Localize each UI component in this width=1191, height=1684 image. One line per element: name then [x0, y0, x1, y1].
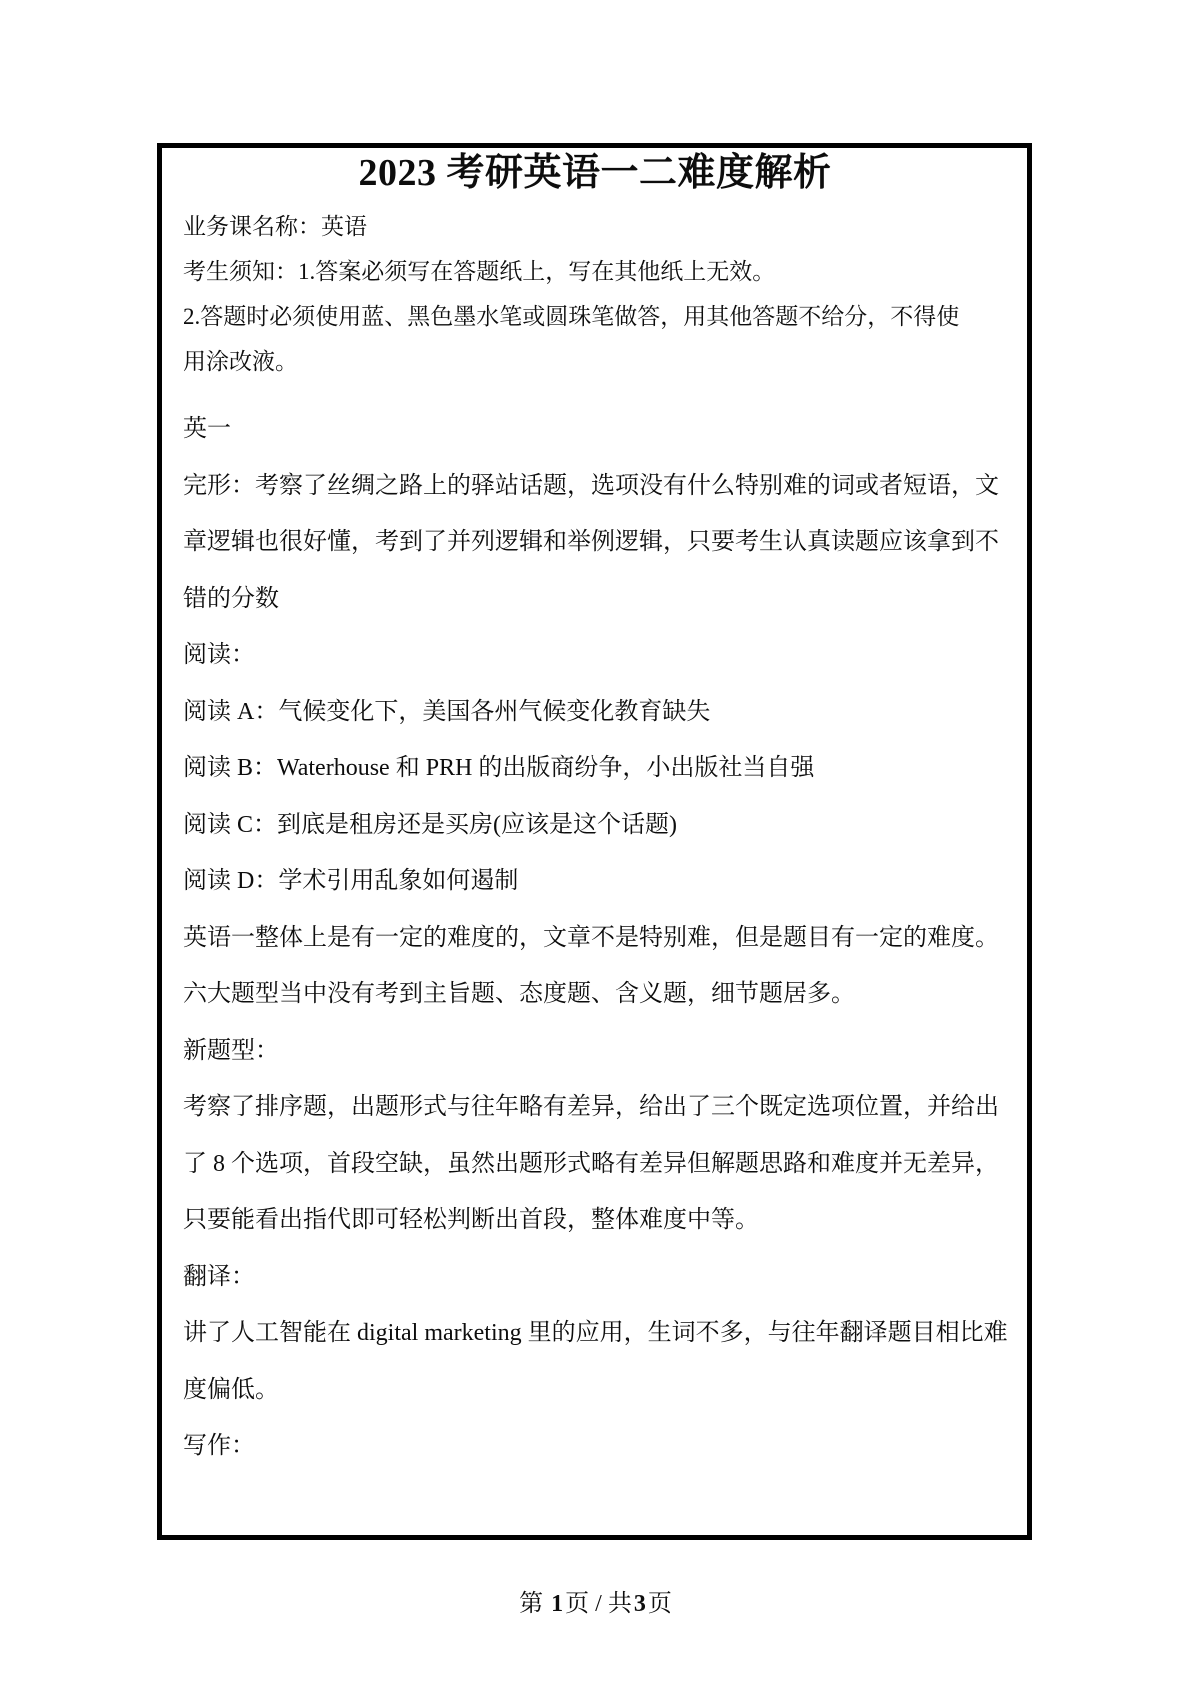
text-line: 阅读： [183, 627, 1007, 684]
text-line: 只要能看出指代即可轻松判断出首段，整体难度中等。 [183, 1192, 1007, 1249]
text-line: 阅读 A：气候变化下，美国各州气候变化教育缺失 [183, 684, 1007, 741]
text-line: 业务课名称：英语 [183, 204, 1007, 249]
text-line: 翻译： [183, 1249, 1007, 1306]
text-line: 2.答题时必须使用蓝、黑色墨水笔或圆珠笔做答，用其他答题不给分，不得使 [183, 294, 1007, 339]
text-line: 阅读 B：Waterhouse 和 PRH 的出版商纷争，小出版社当自强 [183, 740, 1007, 797]
footer-page-total: 3 [634, 1591, 646, 1617]
text-line: 新题型： [183, 1023, 1007, 1080]
footer-mid: 页 / 共 [565, 1591, 632, 1617]
text-line: 讲了人工智能在 digital marketing 里的应用，生词不多，与往年翻… [183, 1305, 1007, 1362]
text-line: 阅读 D：学术引用乱象如何遏制 [183, 853, 1007, 910]
footer-page-number: 1 [551, 1591, 563, 1617]
text-line: 写作： [183, 1418, 1007, 1475]
text-line: 度偏低。 [183, 1362, 1007, 1419]
text-line: 六大题型当中没有考到主旨题、态度题、含义题，细节题居多。 [183, 966, 1007, 1023]
document-page: { "document": { "title": "2023 考研英语一二难度解… [0, 0, 1191, 1684]
notice-block: 业务课名称：英语考生须知：1.答案必须写在答题纸上，写在其他纸上无效。2.答题时… [183, 204, 1007, 384]
text-line: 错的分数 [183, 571, 1007, 628]
page-footer: 第1页 / 共3页 [0, 1590, 1191, 1618]
text-line: 阅读 C：到底是租房还是买房(应该是这个话题) [183, 797, 1007, 854]
footer-suffix: 页 [648, 1591, 672, 1617]
footer-prefix: 第 [519, 1591, 543, 1617]
document-title: 2023 考研英语一二难度解析 [183, 150, 1007, 196]
document-border: 2023 考研英语一二难度解析 业务课名称：英语考生须知：1.答案必须写在答题纸… [157, 143, 1032, 1540]
document-content: 2023 考研英语一二难度解析 业务课名称：英语考生须知：1.答案必须写在答题纸… [162, 148, 1027, 1475]
text-line: 章逻辑也很好懂，考到了并列逻辑和举例逻辑，只要考生认真读题应该拿到不 [183, 514, 1007, 571]
text-line: 用涂改液。 [183, 339, 1007, 384]
text-line: 了 8 个选项，首段空缺，虽然出题形式略有差异但解题思路和难度并无差异， [183, 1136, 1007, 1193]
text-line: 完形：考察了丝绸之路上的驿站话题，选项没有什么特别难的词或者短语，文 [183, 458, 1007, 515]
text-line: 考察了排序题，出题形式与往年略有差异，给出了三个既定选项位置，并给出 [183, 1079, 1007, 1136]
text-line: 考生须知：1.答案必须写在答题纸上，写在其他纸上无效。 [183, 249, 1007, 294]
text-line: 英一 [183, 401, 1007, 458]
body-block: 英一完形：考察了丝绸之路上的驿站话题，选项没有什么特别难的词或者短语，文章逻辑也… [183, 401, 1007, 1475]
text-line: 英语一整体上是有一定的难度的，文章不是特别难，但是题目有一定的难度。 [183, 910, 1007, 967]
